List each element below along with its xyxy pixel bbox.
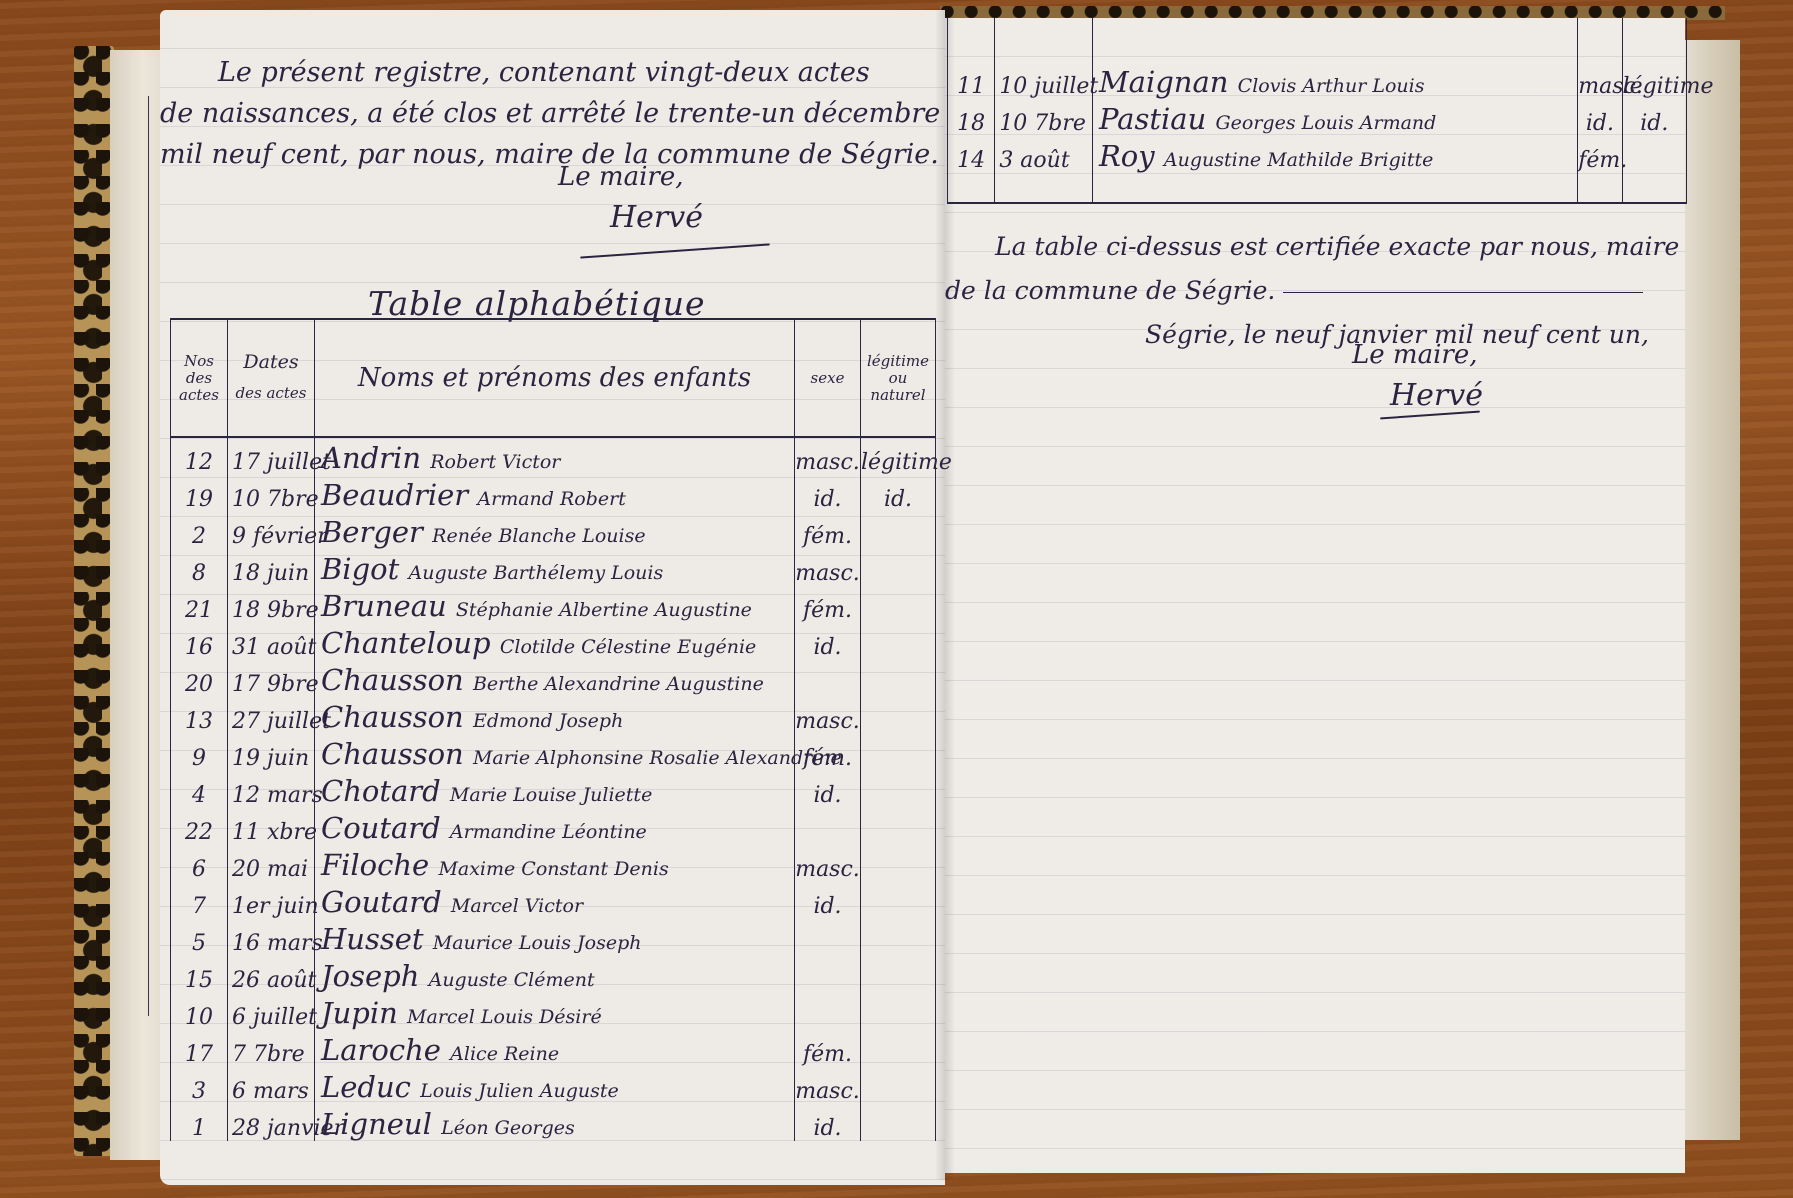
child-name: Coutard Armandine Léontine [315,808,795,845]
child-sex [795,956,861,993]
certification-line-1: La table ci-dessus est certifiée exacte … [945,225,1685,269]
child-legitimacy [861,882,936,919]
given-names: Augustine Mathilde Brigitte [1164,149,1433,171]
child-name: Jupin Marcel Louis Désiré [315,993,795,1030]
child-sex: fém. [795,1030,861,1067]
given-names: Armand Robert [477,488,625,510]
surname: Laroche [321,1033,450,1067]
closing-statement: Le présent registre, contenant vingt-deu… [160,52,950,175]
child-name: Bigot Auguste Barthélemy Louis [315,549,795,586]
act-number: 17 [171,1030,228,1067]
surname: Chanteloup [321,626,500,660]
table-row: 919 juinChausson Marie Alphonsine Rosali… [171,734,936,771]
table-row: 620 maiFiloche Maxime Constant Denismasc… [171,845,936,882]
act-date: 7 7bre [228,1030,315,1067]
header-sex: sexe [795,319,861,437]
act-number: 11 [948,62,995,99]
child-legitimacy [861,623,936,660]
child-name: Andrin Robert Victor [315,437,795,475]
child-sex: masc. [1578,62,1622,99]
child-name: Chausson Marie Alphonsine Rosalie Alexan… [315,734,795,771]
given-names: Auguste Clément [429,969,595,991]
child-sex [795,919,861,956]
act-date: 20 mai [228,845,315,882]
table-row: 1110 juilletMaignan Clovis Arthur Louism… [948,62,1687,99]
table-row: 2118 9breBruneau Stéphanie Albertine Aug… [171,586,936,623]
surname: Joseph [321,959,429,993]
given-names: Armandine Léontine [450,821,647,843]
child-name: Berger Renée Blanche Louise [315,512,795,549]
act-date: 11 xbre [228,808,315,845]
act-date: 10 juillet [995,62,1093,99]
table-row: 71er juinGoutard Marcel Victorid. [171,882,936,919]
certification-line-2: de la commune de Ségrie. [945,269,1685,313]
child-sex [795,808,861,845]
surname: Chausson [321,737,473,771]
table-row: 36 marsLeduc Louis Julien Augustemasc. [171,1067,936,1104]
child-name: Chausson Edmond Joseph [315,697,795,734]
child-legitimacy [861,1067,936,1104]
child-legitimacy [861,512,936,549]
act-number: 5 [171,919,228,956]
given-names: Léon Georges [441,1117,575,1139]
surname: Maignan [1099,65,1238,99]
table-row: 2017 9breChausson Berthe Alexandrine Aug… [171,660,936,697]
act-date: 31 août [228,623,315,660]
surname: Ligneul [321,1107,441,1141]
child-legitimacy [861,660,936,697]
act-number: 10 [171,993,228,1030]
surname: Husset [321,922,433,956]
header-date: Dates des actes [228,319,315,437]
table-row: 818 juinBigot Auguste Barthélemy Louisma… [171,549,936,586]
child-sex [795,993,861,1030]
child-name: Maignan Clovis Arthur Louis [1092,62,1577,99]
surname: Chausson [321,700,473,734]
table-row: 128 janvierLigneul Léon Georgesid. [171,1104,936,1141]
child-legitimacy [1622,136,1686,173]
child-legitimacy [861,697,936,734]
act-date: 3 août [995,136,1093,173]
given-names: Berthe Alexandrine Augustine [473,673,764,695]
act-date: 6 mars [228,1067,315,1104]
act-number: 8 [171,549,228,586]
certification-place-date: Ségrie, le neuf janvier mil neuf cent un… [945,313,1685,357]
table-row: 1327 juilletChausson Edmond Josephmasc. [171,697,936,734]
act-number: 7 [171,882,228,919]
page-stack-right [1680,40,1740,1140]
act-number: 9 [171,734,228,771]
table-row: 1810 7brePastiau Georges Louis Armandid.… [948,99,1687,136]
certification-signature-title: Le maire, [1352,340,1477,370]
act-number: 18 [948,99,995,136]
child-legitimacy [861,1030,936,1067]
act-number: 6 [171,845,228,882]
child-name: Laroche Alice Reine [315,1030,795,1067]
child-legitimacy [861,771,936,808]
child-legitimacy [861,845,936,882]
given-names: Louis Julien Auguste [420,1080,619,1102]
child-name: Husset Maurice Louis Joseph [315,919,795,956]
act-date: 18 juin [228,549,315,586]
child-name: Pastiau Georges Louis Armand [1092,99,1577,136]
table-row: 1526 aoûtJoseph Auguste Clément [171,956,936,993]
table-row: 412 marsChotard Marie Louise Julietteid. [171,771,936,808]
child-sex: masc. [795,549,861,586]
child-legitimacy [861,993,936,1030]
given-names: Maurice Louis Joseph [433,932,642,954]
act-number: 12 [171,437,228,475]
given-names: Robert Victor [430,451,560,473]
child-legitimacy: légitime [861,437,936,475]
child-name: Goutard Marcel Victor [315,882,795,919]
child-sex [795,660,861,697]
given-names: Renée Blanche Louise [432,525,645,547]
closing-line-2: de naissances, a été clos et arrêté le t… [160,93,950,134]
act-date: 16 mars [228,919,315,956]
act-number: 14 [948,136,995,173]
surname: Chausson [321,663,473,697]
table-row: 177 7breLaroche Alice Reinefém. [171,1030,936,1067]
child-sex: id. [795,623,861,660]
child-sex: id. [795,475,861,512]
child-sex: id. [1578,99,1622,136]
given-names: Marcel Victor [451,895,583,917]
act-number: 2 [171,512,228,549]
child-name: Bruneau Stéphanie Albertine Augustine [315,586,795,623]
act-date: 19 juin [228,734,315,771]
surname: Bigot [321,552,408,586]
closing-signature-title: Le maire, [558,162,683,192]
table-row: 1910 7breBeaudrier Armand Robertid.id. [171,475,936,512]
child-name: Roy Augustine Mathilde Brigitte [1092,136,1577,173]
act-date: 28 janvier [228,1104,315,1141]
child-sex: masc. [795,845,861,882]
book-cover-spine-left [74,46,114,1156]
given-names: Edmond Joseph [473,710,623,732]
surname: Berger [321,515,432,549]
child-name: Filoche Maxime Constant Denis [315,845,795,882]
act-date: 12 mars [228,771,315,808]
table-row: 29 févrierBerger Renée Blanche Louisefém… [171,512,936,549]
child-legitimacy [861,734,936,771]
child-sex: fém. [795,512,861,549]
child-sex: id. [795,882,861,919]
act-date: 10 7bre [228,475,315,512]
header-legitimacy: légitime ou naturel [861,319,936,437]
child-sex: masc. [795,437,861,475]
given-names: Marie Alphonsine Rosalie Alexandrine [473,747,842,769]
child-legitimacy [861,956,936,993]
act-date: 10 7bre [995,99,1093,136]
act-number: 13 [171,697,228,734]
child-sex: id. [795,1104,861,1141]
child-sex: fém. [795,734,861,771]
child-legitimacy: légitime [1622,62,1686,99]
child-name: Joseph Auguste Clément [315,956,795,993]
table-row: 143 aoûtRoy Augustine Mathilde Brigittef… [948,136,1687,173]
surname: Jupin [321,996,407,1030]
act-number: 15 [171,956,228,993]
surname: Chotard [321,774,450,808]
header-number: Nos des actes [171,319,228,437]
child-legitimacy [861,549,936,586]
table-row: 2211 xbreCoutard Armandine Léontine [171,808,936,845]
child-name: Ligneul Léon Georges [315,1104,795,1141]
table-row: 1217 juilletAndrin Robert Victormasc.lég… [171,437,936,475]
header-names: Noms et prénoms des enfants [315,319,795,437]
surname: Beaudrier [321,478,477,512]
surname: Goutard [321,885,451,919]
act-number: 22 [171,808,228,845]
given-names: Clotilde Célestine Eugénie [500,636,756,658]
closing-line-1: Le présent registre, contenant vingt-deu… [160,52,950,93]
surname: Coutard [321,811,450,845]
act-number: 3 [171,1067,228,1104]
table-row-padding [948,173,1687,203]
given-names: Georges Louis Armand [1215,112,1436,134]
certification: La table ci-dessus est certifiée exacte … [945,225,1685,357]
act-date: 27 juillet [228,697,315,734]
margin-line [148,96,149,1016]
given-names: Auguste Barthélemy Louis [408,562,663,584]
given-names: Alice Reine [450,1043,559,1065]
table-row: 1631 aoûtChanteloup Clotilde Célestine E… [171,623,936,660]
child-name: Chanteloup Clotilde Célestine Eugénie [315,623,795,660]
child-legitimacy [861,1104,936,1141]
act-date: 9 février [228,512,315,549]
alphabetical-table-left: Nos des actes Dates des actes Noms et pr… [170,318,936,1141]
child-legitimacy: id. [1622,99,1686,136]
closing-line-3: mil neuf cent, par nous, maire de la com… [160,134,950,175]
certification-signature: Hervé [1390,378,1483,413]
page-stack-left [110,50,165,1160]
child-legitimacy [861,919,936,956]
act-number: 21 [171,586,228,623]
surname: Pastiau [1099,102,1216,136]
act-date: 1er juin [228,882,315,919]
act-date: 18 9bre [228,586,315,623]
surname: Filoche [321,848,438,882]
child-legitimacy [861,586,936,623]
child-sex: id. [795,771,861,808]
table-row: 516 marsHusset Maurice Louis Joseph [171,919,936,956]
child-legitimacy [861,808,936,845]
table-body-left: 1217 juilletAndrin Robert Victormasc.lég… [171,437,936,1141]
surname: Leduc [321,1070,420,1104]
child-sex: masc. [795,697,861,734]
act-number: 1 [171,1104,228,1141]
act-date: 6 juillet [228,993,315,1030]
act-number: 20 [171,660,228,697]
given-names: Marie Louise Juliette [450,784,652,806]
surname: Bruneau [321,589,456,623]
child-name: Beaudrier Armand Robert [315,475,795,512]
surname: Andrin [321,441,430,475]
act-number: 16 [171,623,228,660]
child-name: Chotard Marie Louise Juliette [315,771,795,808]
surname: Roy [1099,139,1164,173]
alphabetical-table-right: 1110 juilletMaignan Clovis Arthur Louism… [947,18,1687,204]
given-names: Stéphanie Albertine Augustine [456,599,752,621]
given-names: Clovis Arthur Louis [1238,75,1425,97]
act-date: 26 août [228,956,315,993]
child-sex: fém. [795,586,861,623]
act-number: 4 [171,771,228,808]
table-row: 106 juilletJupin Marcel Louis Désiré [171,993,936,1030]
given-names: Maxime Constant Denis [438,858,668,880]
child-name: Chausson Berthe Alexandrine Augustine [315,660,795,697]
act-date: 17 9bre [228,660,315,697]
child-legitimacy: id. [861,475,936,512]
table-body-right: 1110 juilletMaignan Clovis Arthur Louism… [948,18,1687,203]
closing-signature: Hervé [610,200,703,235]
act-date: 17 juillet [228,437,315,475]
act-number: 19 [171,475,228,512]
child-sex: fém. [1578,136,1622,173]
child-sex: masc. [795,1067,861,1104]
child-name: Leduc Louis Julien Auguste [315,1067,795,1104]
given-names: Marcel Louis Désiré [407,1006,602,1028]
